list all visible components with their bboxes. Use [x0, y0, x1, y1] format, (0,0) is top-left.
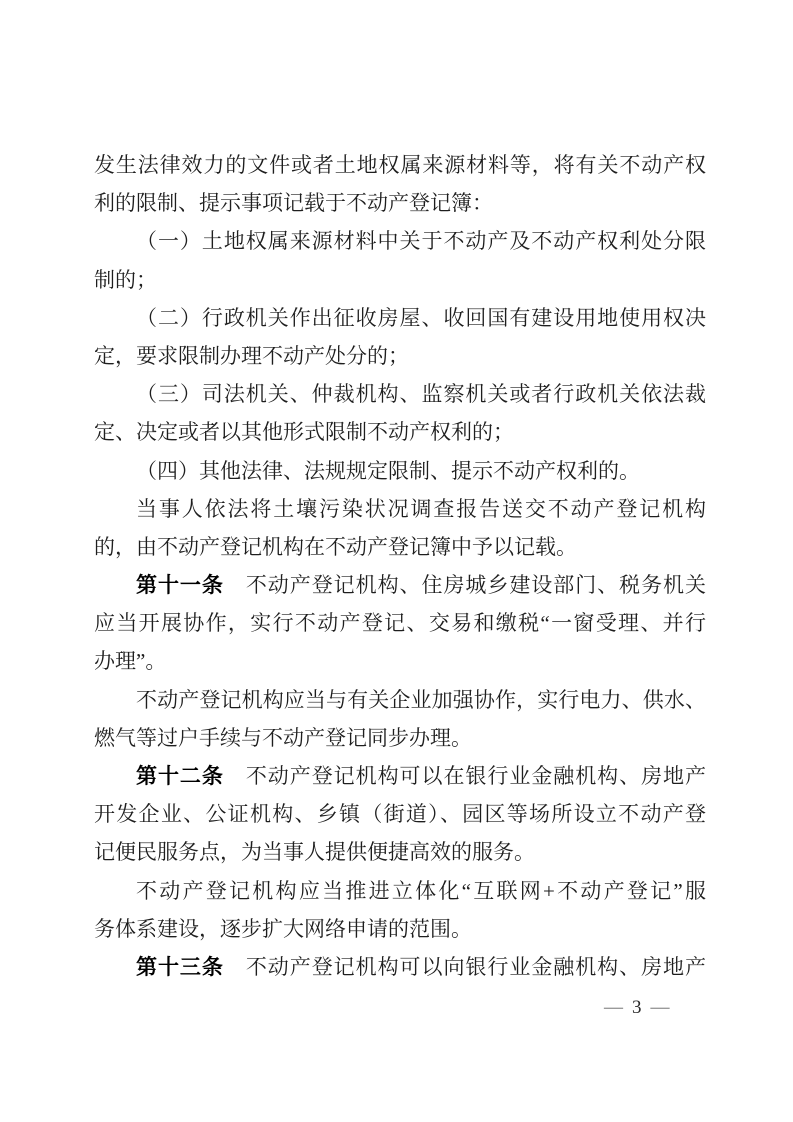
- text-line: 燃气等过户手续与不动产登记同步办理。: [94, 719, 706, 757]
- text-line: 发生法律效力的文件或者土地权属来源材料等，将有关不动产权: [94, 146, 706, 184]
- text-line: 应当开展协作，实行不动产登记、交易和缴税“一窗受理、并行: [94, 604, 706, 642]
- paragraph: 第十一条 不动产登记机构、住房城乡建设部门、税务机关应当开展协作，实行不动产登记…: [94, 566, 706, 681]
- text-line: 利的限制、提示事项记载于不动产登记簿：: [94, 184, 706, 222]
- paragraph: （二）行政机关作出征收房屋、收回国有建设用地使用权决定，要求限制办理不动产处分的…: [94, 299, 706, 375]
- text-line: 定，要求限制办理不动产处分的；: [94, 337, 706, 375]
- document-page: 发生法律效力的文件或者土地权属来源材料等，将有关不动产权利的限制、提示事项记载于…: [0, 0, 793, 1122]
- paragraph: 第十二条 不动产登记机构可以在银行业金融机构、房地产开发企业、公证机构、乡镇（街…: [94, 757, 706, 872]
- page-number-left-dash: —: [604, 996, 623, 1020]
- text-line: 办理”。: [94, 642, 706, 680]
- paragraph: 第十三条 不动产登记机构可以向银行业金融机构、房地产: [94, 948, 706, 986]
- page-number-right-dash: —: [651, 996, 670, 1020]
- page-number: — 3 —: [604, 996, 670, 1020]
- paragraph: 发生法律效力的文件或者土地权属来源材料等，将有关不动产权利的限制、提示事项记载于…: [94, 146, 706, 222]
- text-line: 第十二条 不动产登记机构可以在银行业金融机构、房地产: [94, 757, 706, 795]
- text-line: （三）司法机关、仲裁机构、监察机关或者行政机关依法裁: [94, 375, 706, 413]
- article-number: 第十一条: [136, 574, 224, 597]
- text-line: 记便民服务点，为当事人提供便捷高效的服务。: [94, 833, 706, 871]
- article-number: 第十三条: [136, 956, 224, 979]
- text-line: 制的；: [94, 261, 706, 299]
- paragraph: （三）司法机关、仲裁机构、监察机关或者行政机关依法裁定、决定或者以其他形式限制不…: [94, 375, 706, 451]
- text-line: 不动产登记机构应当与有关企业加强协作，实行电力、供水、: [94, 681, 706, 719]
- text-line: （一）土地权属来源材料中关于不动产及不动产权利处分限: [94, 222, 706, 260]
- text-line: （二）行政机关作出征收房屋、收回国有建设用地使用权决: [94, 299, 706, 337]
- paragraph: （四）其他法律、法规规定限制、提示不动产权利的。: [94, 452, 706, 490]
- text-line: 的，由不动产登记机构在不动产登记簿中予以记载。: [94, 528, 706, 566]
- text-line: 不动产登记机构应当推进立体化“互联网+不动产登记”服: [94, 872, 706, 910]
- paragraph: 不动产登记机构应当推进立体化“互联网+不动产登记”服务体系建设，逐步扩大网络申请…: [94, 872, 706, 948]
- text-line: 定、决定或者以其他形式限制不动产权利的；: [94, 413, 706, 451]
- paragraph: （一）土地权属来源材料中关于不动产及不动产权利处分限制的；: [94, 222, 706, 298]
- text-line: 第十一条 不动产登记机构、住房城乡建设部门、税务机关: [94, 566, 706, 604]
- text-line: 第十三条 不动产登记机构可以向银行业金融机构、房地产: [94, 948, 706, 986]
- text-line: 开发企业、公证机构、乡镇（街道）、园区等场所设立不动产登: [94, 795, 706, 833]
- text-line: 务体系建设，逐步扩大网络申请的范围。: [94, 910, 706, 948]
- document-body: 发生法律效力的文件或者土地权属来源材料等，将有关不动产权利的限制、提示事项记载于…: [94, 146, 706, 986]
- paragraph: 当事人依法将土壤污染状况调查报告送交不动产登记机构的，由不动产登记机构在不动产登…: [94, 490, 706, 566]
- text-line: 当事人依法将土壤污染状况调查报告送交不动产登记机构: [94, 490, 706, 528]
- text-line: （四）其他法律、法规规定限制、提示不动产权利的。: [94, 452, 706, 490]
- article-number: 第十二条: [136, 765, 224, 788]
- page-number-value: 3: [632, 996, 642, 1020]
- paragraph: 不动产登记机构应当与有关企业加强协作，实行电力、供水、燃气等过户手续与不动产登记…: [94, 681, 706, 757]
